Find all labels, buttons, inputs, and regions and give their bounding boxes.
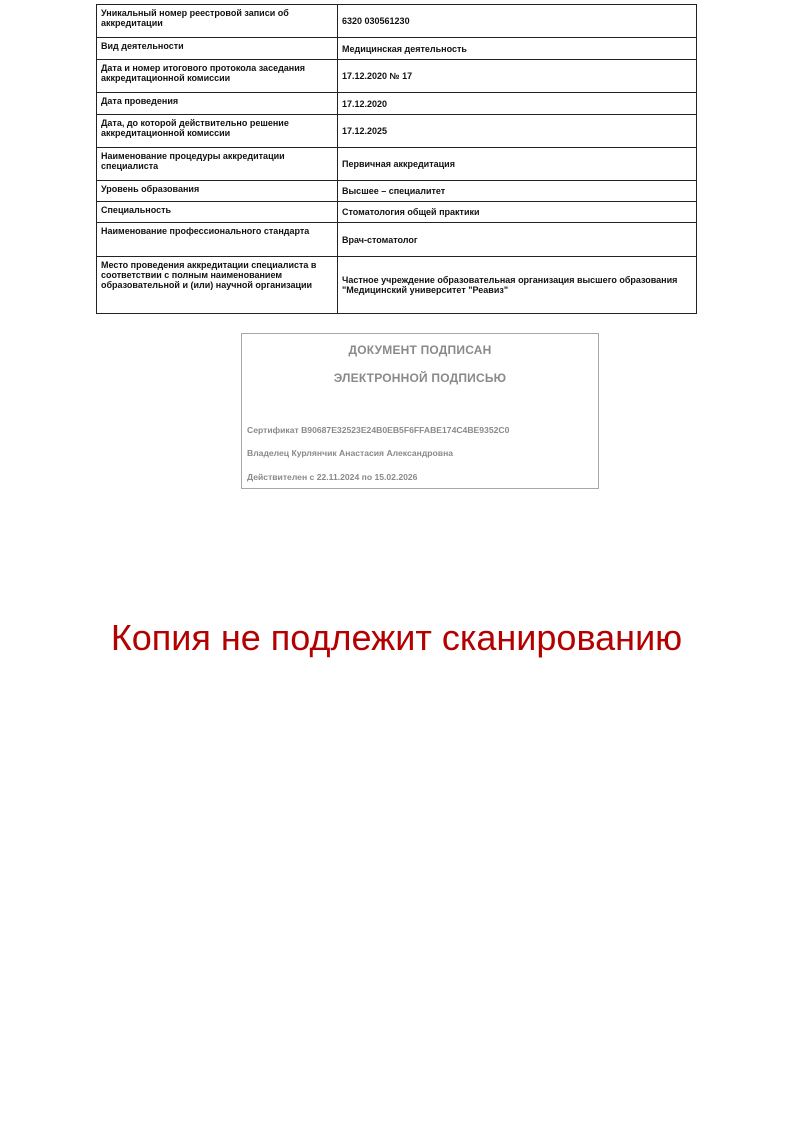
table-row: Наименование профессионального стандарта… [97,223,697,257]
accreditation-table: Уникальный номер реестровой записи об ак… [96,4,697,314]
row-label: Специальность [97,202,338,223]
signature-title-line1: ДОКУМЕНТ ПОДПИСАН [242,343,598,357]
row-label: Наименование процедуры аккредитации спец… [97,148,338,181]
row-value: 17.12.2020 № 17 [338,60,697,93]
table-row: Специальность Стоматология общей практик… [97,202,697,223]
signature-owner: Владелец Курлянчик Анастасия Александров… [247,448,453,458]
row-value: 17.12.2020 [338,93,697,115]
row-value: 6320 030561230 [338,5,697,38]
row-label: Дата, до которой действительно решение а… [97,115,338,148]
table-row: Дата проведения 17.12.2020 [97,93,697,115]
signature-certificate: Сертификат B90687E32523E24B0EB5F6FFABE17… [247,425,509,435]
signature-validity: Действителен с 22.11.2024 по 15.02.2026 [247,472,417,482]
row-value: Частное учреждение образовательная орган… [338,257,697,314]
table-row: Уникальный номер реестровой записи об ак… [97,5,697,38]
row-label: Дата проведения [97,93,338,115]
table-row: Вид деятельности Медицинская деятельност… [97,38,697,60]
row-label: Дата и номер итогового протокола заседан… [97,60,338,93]
table-row: Наименование процедуры аккредитации спец… [97,148,697,181]
row-label: Вид деятельности [97,38,338,60]
table-row: Дата, до которой действительно решение а… [97,115,697,148]
table-row: Уровень образования Высшее – специалитет [97,181,697,202]
table-row: Дата и номер итогового протокола заседан… [97,60,697,93]
row-value: Высшее – специалитет [338,181,697,202]
row-label: Наименование профессионального стандарта [97,223,338,257]
row-value: Стоматология общей практики [338,202,697,223]
table-row: Место проведения аккредитации специалист… [97,257,697,314]
row-label: Уникальный номер реестровой записи об ак… [97,5,338,38]
row-value: Медицинская деятельность [338,38,697,60]
copy-watermark: Копия не подлежит сканированию [0,616,793,660]
row-value: Врач-стоматолог [338,223,697,257]
row-label: Уровень образования [97,181,338,202]
row-label: Место проведения аккредитации специалист… [97,257,338,314]
electronic-signature-stamp: ДОКУМЕНТ ПОДПИСАН ЭЛЕКТРОННОЙ ПОДПИСЬЮ С… [241,333,599,489]
signature-title-line2: ЭЛЕКТРОННОЙ ПОДПИСЬЮ [242,371,598,385]
row-value: Первичная аккредитация [338,148,697,181]
row-value: 17.12.2025 [338,115,697,148]
